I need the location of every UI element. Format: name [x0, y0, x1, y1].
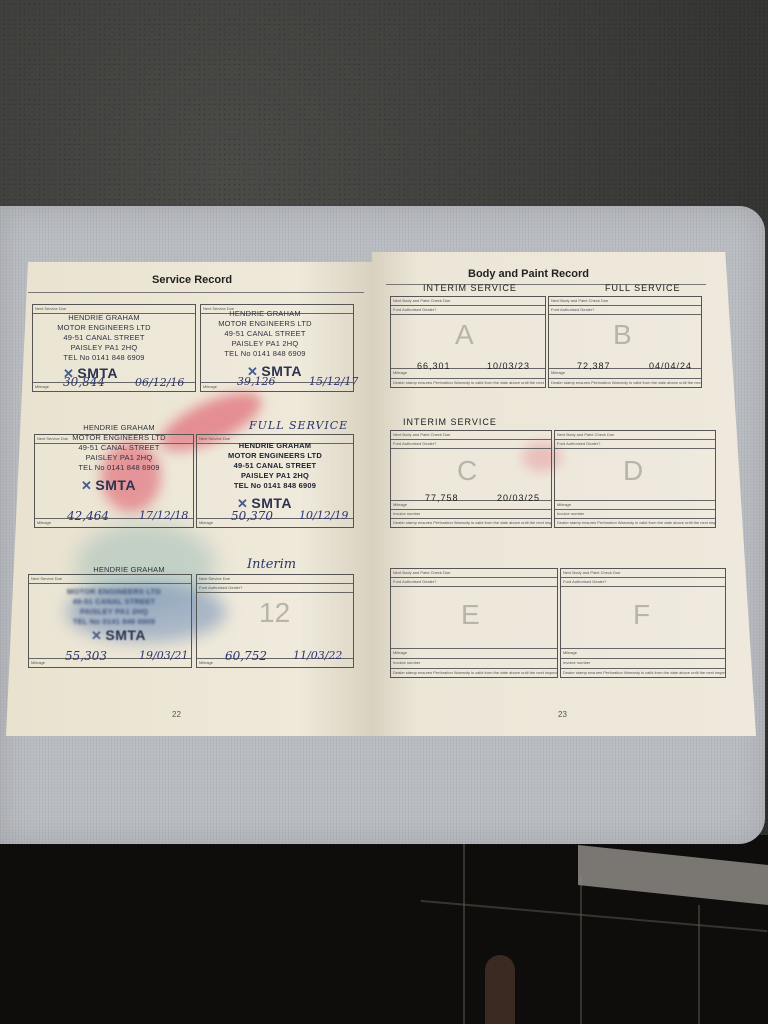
next-service-due-label: Next Service Due — [29, 575, 191, 584]
mileage-value: 30,844 — [63, 375, 105, 389]
tile-grout — [463, 835, 465, 1024]
date-value: 04/04/24 — [649, 361, 692, 371]
warranty-text: Dealer stamp ensures Perforation Warrant… — [391, 518, 551, 527]
service-record-4: FULL SERVICE Next Service Due HENDRIE GR… — [196, 434, 354, 528]
box-letter: D — [623, 455, 643, 487]
ford-dealer-label: Ford Authorised Dealer? — [561, 578, 725, 587]
box-number: 12 — [259, 597, 290, 629]
handwritten-note: INTERIM SERVICE — [423, 283, 517, 293]
ford-dealer-label: Ford Authorised Dealer? — [555, 440, 715, 449]
body-paint-record-f: Next Body and Paint Check Due Ford Autho… — [560, 568, 726, 678]
mileage-value: 72,387 — [577, 361, 611, 371]
body-paint-record-d: Next Body and Paint Check Due Ford Autho… — [554, 430, 716, 528]
body-paint-record-page: Body and Paint Record INTERIM SERVICE Ne… — [372, 252, 756, 736]
smta-x-icon: ✕ — [91, 628, 102, 643]
page-number: 23 — [558, 710, 567, 719]
mileage-value: 77,758 — [425, 493, 459, 503]
next-check-due-label: Next Body and Paint Check Due — [391, 431, 551, 440]
invoice-number-label: Invoice number — [561, 658, 725, 667]
tiled-floor — [0, 835, 768, 1024]
handwritten-note: FULL SERVICE — [249, 419, 348, 432]
mileage-value: 50,370 — [231, 509, 273, 523]
date-value: 10/12/19 — [299, 509, 348, 522]
page-title: Body and Paint Record — [468, 268, 589, 280]
next-check-due-label: Next Body and Paint Check Due — [391, 569, 557, 578]
ford-dealer-label: Ford Authorised Dealer? — [391, 440, 551, 449]
tile-grout — [580, 875, 582, 1024]
next-check-due-label: Next Body and Paint Check Due — [549, 297, 701, 306]
box-letter: C — [457, 455, 477, 487]
body-paint-record-e: Next Body and Paint Check Due Ford Autho… — [390, 568, 558, 678]
service-record-1: Next Service Due HENDRIE GRAHAMMOTOR ENG… — [32, 304, 196, 392]
body-paint-record-c: INTERIM SERVICE Next Body and Paint Chec… — [390, 430, 552, 528]
date-value: 20/03/25 — [497, 493, 540, 503]
box-letter: E — [461, 599, 480, 631]
mileage-label: Mileage — [391, 648, 557, 657]
dealer-stamp: HENDRIE GRAHAMMOTOR ENGINEERS LTD 49-51 … — [205, 309, 325, 359]
mileage-value: 55,303 — [65, 649, 107, 663]
date-value: 06/12/16 — [135, 376, 184, 389]
ford-dealer-label: Ford Authorised Dealer? — [391, 578, 557, 587]
date-value: 17/12/18 — [139, 509, 188, 522]
mileage-value: 66,301 — [417, 361, 451, 371]
dealer-stamp: HENDRIE GRAHAMMOTOR ENGINEERS LTD 49-51 … — [49, 423, 189, 473]
tile-grout — [421, 900, 768, 932]
page-number: 22 — [172, 710, 181, 719]
invoice-number-label: Invoice number — [391, 509, 551, 518]
service-record-12: Interim Next Service Due Ford Authorised… — [196, 574, 354, 668]
smta-logo: ✕SMTA — [81, 477, 136, 494]
dealer-stamp: HENDRIE GRAHAMMOTOR ENGINEERS LTD 49-51 … — [207, 441, 343, 491]
tile-grout — [698, 905, 700, 1024]
date-value: 11/03/22 — [293, 649, 342, 662]
page-title: Service Record — [152, 274, 232, 286]
mileage-value: 60,752 — [225, 649, 267, 663]
mileage-value: 39,126 — [237, 375, 276, 388]
dealer-stamp: HENDRIE GRAHAMMOTOR ENGINEERS LTD 49-51 … — [39, 313, 169, 363]
warranty-text: Dealer stamp ensures Perforation Warrant… — [549, 378, 701, 387]
mileage-value: 42,464 — [67, 509, 109, 523]
service-record-page: Service Record Next Service Due HENDRIE … — [6, 262, 372, 736]
date-value: 19/03/21 — [139, 649, 188, 662]
divider — [28, 292, 364, 293]
foot — [485, 955, 515, 1024]
ford-dealer-label: Ford Authorised Dealer? — [391, 306, 545, 315]
box-letter: B — [613, 319, 632, 351]
ford-dealer-label: Ford Authorised Dealer? — [549, 306, 701, 315]
warranty-text: Dealer stamp ensures Perforation Warrant… — [391, 378, 545, 387]
warranty-text: Dealer stamp ensures Perforation Warrant… — [391, 668, 557, 677]
box-letter: A — [455, 319, 474, 351]
smta-x-icon: ✕ — [81, 478, 92, 493]
next-check-due-label: Next Body and Paint Check Due — [555, 431, 715, 440]
box-letter: F — [633, 599, 650, 631]
body-paint-record-b: FULL SERVICE Next Body and Paint Check D… — [548, 296, 702, 388]
handwritten-note: Interim — [247, 557, 296, 572]
handwritten-note: INTERIM SERVICE — [403, 417, 497, 427]
warranty-text: Dealer stamp ensures Perforation Warrant… — [561, 668, 725, 677]
next-check-due-label: Next Body and Paint Check Due — [561, 569, 725, 578]
next-check-due-label: Next Body and Paint Check Due — [391, 297, 545, 306]
invoice-number-label: Invoice number — [555, 509, 715, 518]
dealer-stamp-header: HENDRIE GRAHAM — [69, 565, 189, 575]
date-value: 10/03/23 — [487, 361, 530, 371]
next-service-due-label: Next Service Due — [197, 575, 353, 584]
handwritten-note: FULL SERVICE — [605, 283, 681, 293]
mileage-label: Mileage — [555, 500, 715, 509]
service-record-3: Next Service Due HENDRIE GRAHAMMOTOR ENG… — [34, 434, 194, 528]
dealer-stamp-smudged: MOTOR ENGINEERS LTD49-51 CANAL STREET PA… — [39, 587, 189, 627]
mileage-label: Mileage — [561, 648, 725, 657]
warranty-text: Dealer stamp ensures Perforation Warrant… — [555, 518, 715, 527]
invoice-number-label: Invoice number — [391, 658, 557, 667]
date-value: 15/12/17 — [309, 375, 358, 388]
cabinet-edge — [578, 845, 768, 905]
ford-dealer-label: Ford Authorised Dealer? — [197, 584, 353, 593]
smta-logo: ✕SMTA — [91, 627, 146, 644]
service-record-2: Next Service Due HENDRIE GRAHAMMOTOR ENG… — [200, 304, 354, 392]
service-record-5: Next Service Due HENDRIE GRAHAM MOTOR EN… — [28, 574, 192, 668]
body-paint-record-a: INTERIM SERVICE Next Body and Paint Chec… — [390, 296, 546, 388]
